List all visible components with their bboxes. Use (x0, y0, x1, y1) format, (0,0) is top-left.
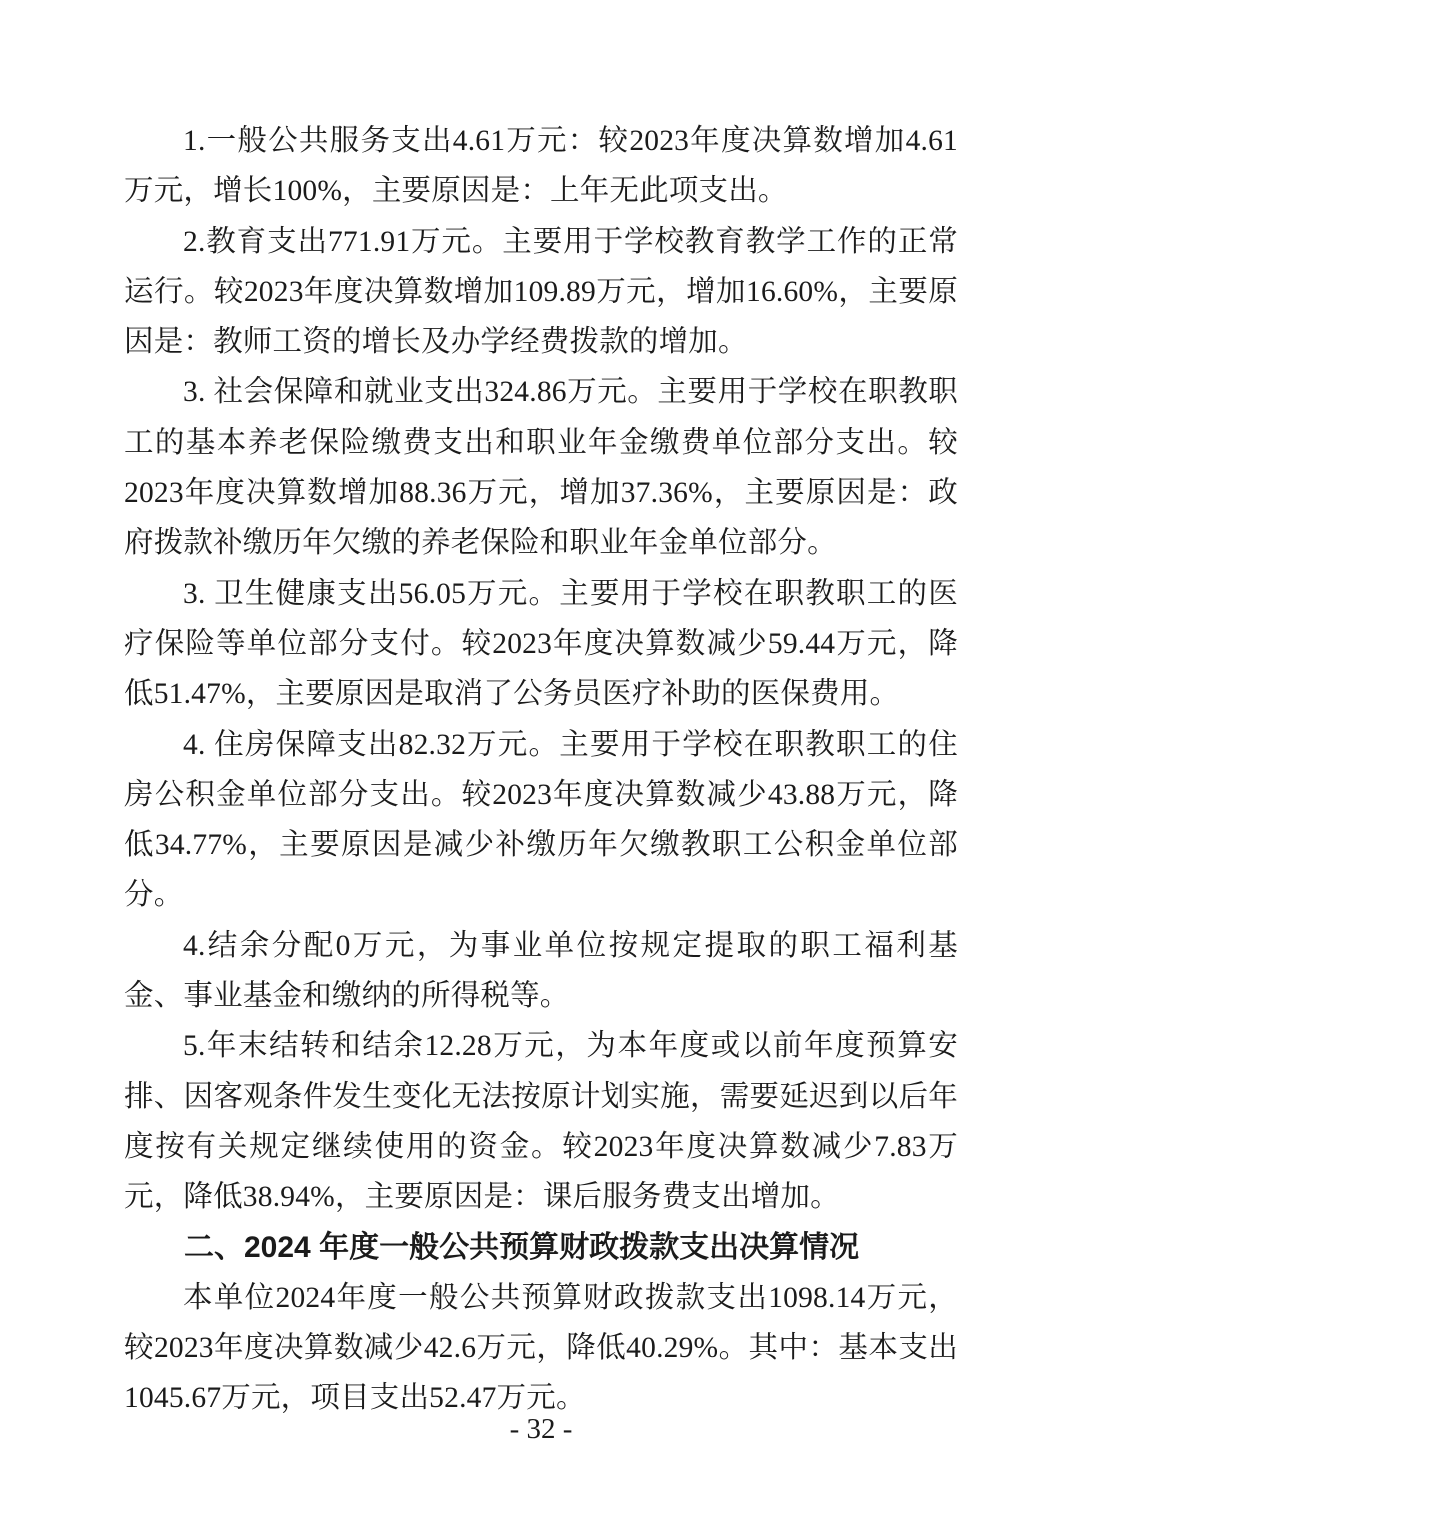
expense-item-paragraph-2: 2.教育支出771.91万元。主要用于学校教育教学工作的正常运行。较2023年度… (124, 217, 958, 368)
page-number: - 32 - (124, 1404, 958, 1454)
expense-item-paragraph-5: 4. 住房保障支出82.32万元。主要用于学校在职教职工的住房公积金单位部分支出… (124, 720, 958, 921)
expense-item-paragraph-7: 5.年末结转和结余12.28万元，为本年度或以前年度预算安排、因客观条件发生变化… (124, 1021, 958, 1222)
summary-paragraph: 本单位2024年度一般公共预算财政拨款支出1098.14万元，较2023年度决算… (124, 1273, 958, 1424)
document-text-column: 1.一般公共服务支出4.61万元：较2023年度决算数增加4.61万元，增长10… (124, 116, 958, 1424)
expense-item-paragraph-3: 3. 社会保障和就业支出324.86万元。主要用于学校在职教职工的基本养老保险缴… (124, 367, 958, 568)
expense-item-paragraph-6: 4.结余分配0万元，为事业单位按规定提取的职工福利基金、事业基金和缴纳的所得税等… (124, 921, 958, 1022)
expense-item-paragraph-4: 3. 卫生健康支出56.05万元。主要用于学校在职教职工的医疗保险等单位部分支付… (124, 569, 958, 720)
section-heading: 二、2024 年度一般公共预算财政拨款支出决算情况 (124, 1223, 958, 1273)
document-page: 1.一般公共服务支出4.61万元：较2023年度决算数增加4.61万元，增长10… (0, 0, 1429, 1520)
expense-item-paragraph-1: 1.一般公共服务支出4.61万元：较2023年度决算数增加4.61万元，增长10… (124, 116, 958, 217)
